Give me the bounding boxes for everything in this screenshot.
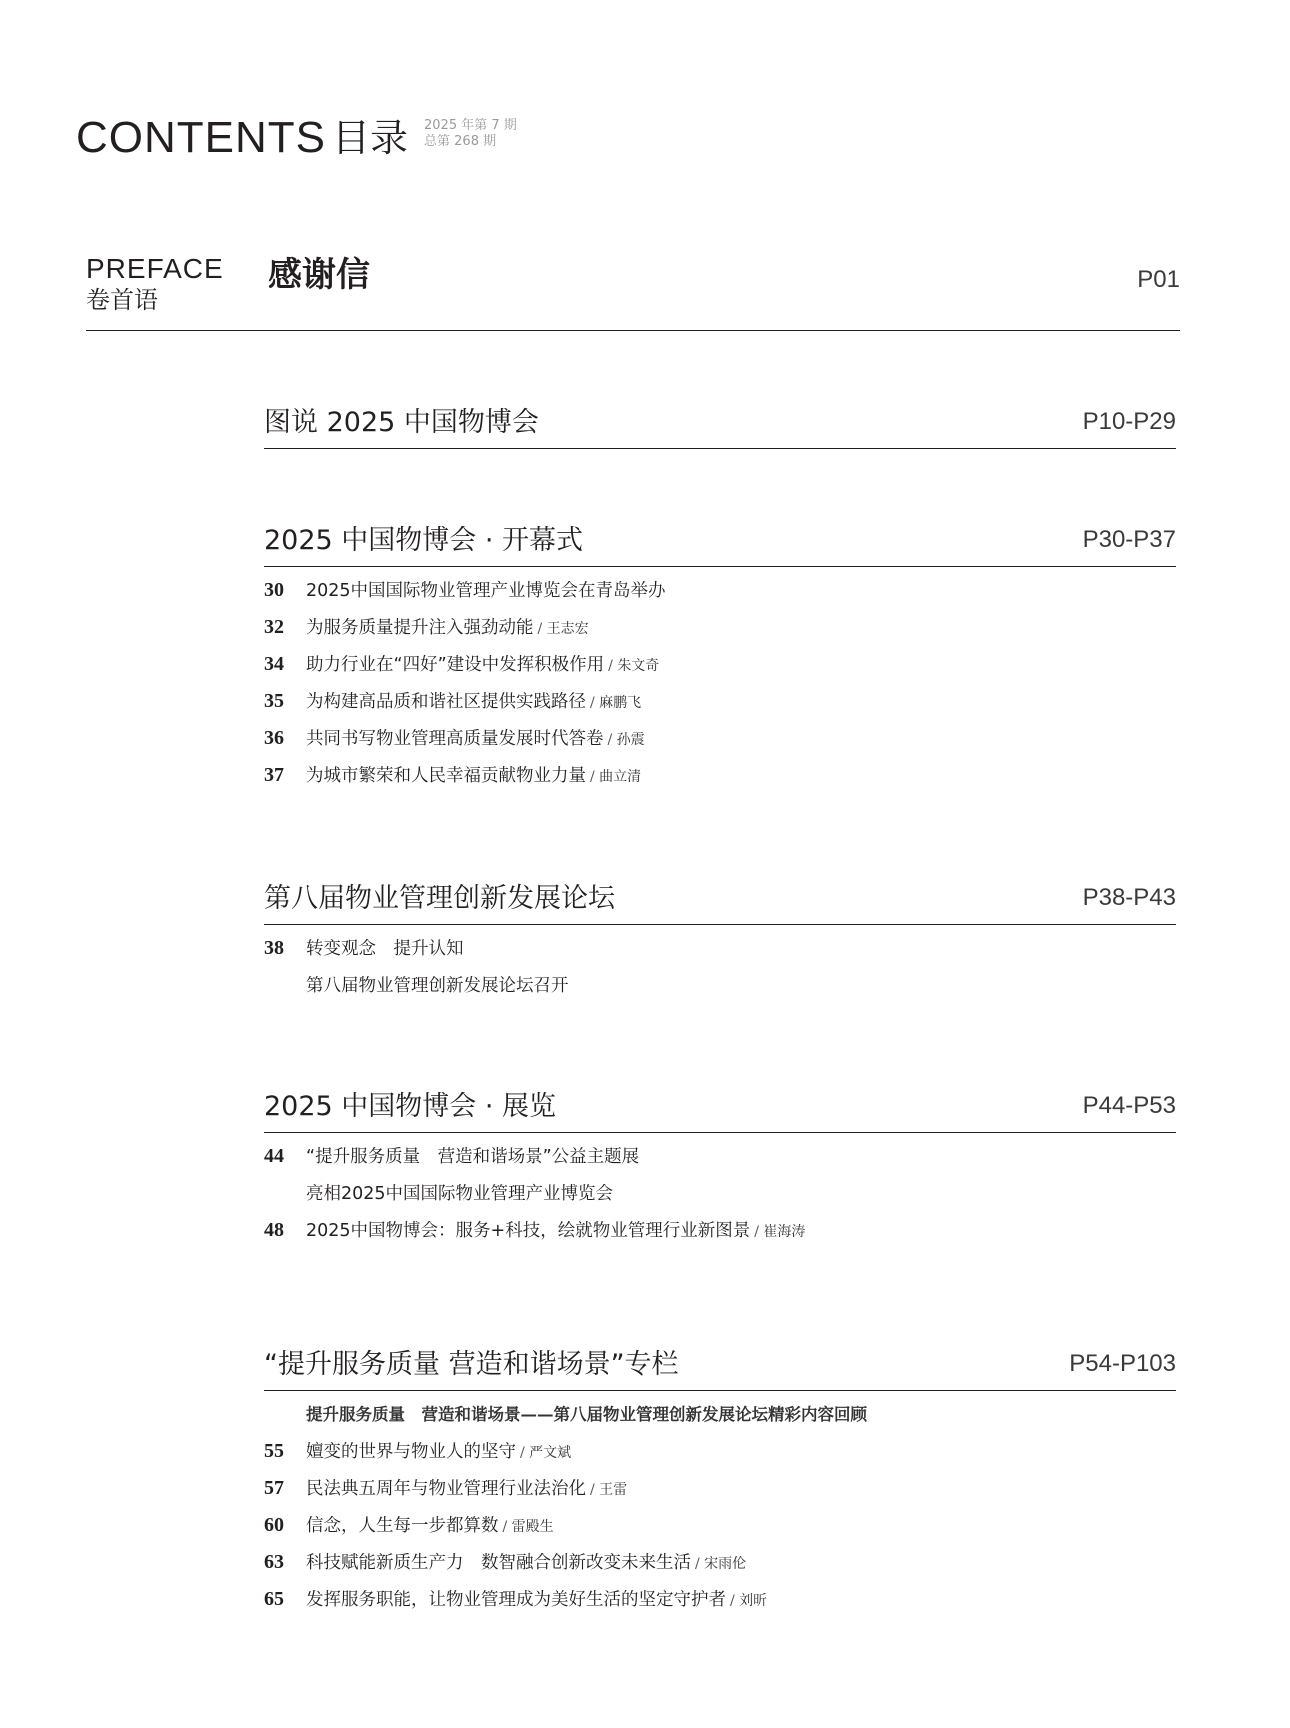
article-page-number: 55 [264, 1440, 306, 1463]
article-author: 刘昕 [730, 1590, 767, 1610]
section-header[interactable]: “提升服务质量 营造和谐场景”专栏 P54-P103 [264, 1342, 1176, 1391]
preface-label-zh: 卷首语 [86, 286, 158, 314]
section-title: 2025 中国物博会 · 开幕式 [264, 524, 583, 558]
section-exhibition: 2025 中国物博会 · 展览 P44-P53 44 “提升服务质量 营造和谐场… [264, 1084, 1176, 1254]
article-item-continuation[interactable]: 第八届物业管理创新发展论坛召开 [264, 972, 1176, 1009]
article-page-number: 36 [264, 727, 306, 750]
article-title: 为构建高品质和谐社区提供实践路径 [306, 688, 586, 713]
article-item[interactable]: 36 共同书写物业管理高质量发展时代答卷 孙震 [264, 725, 1176, 762]
section-title: 第八届物业管理创新发展论坛 [264, 882, 615, 916]
article-page-number: 44 [264, 1145, 306, 1168]
section-pages: P10-P29 [1083, 408, 1176, 436]
article-author: 王雷 [590, 1479, 627, 1499]
article-page-number: 48 [264, 1219, 306, 1242]
article-page-number: 38 [264, 937, 306, 960]
section-title: 图说 2025 中国物博会 [264, 406, 539, 440]
article-title: 信念，人生每一步都算数 [306, 1512, 499, 1537]
section-pages: P38-P43 [1083, 884, 1176, 912]
article-author: 雷殿生 [503, 1516, 554, 1536]
article-title: 2025中国国际物业管理产业博览会在青岛举办 [306, 577, 666, 602]
article-author: 王志宏 [538, 618, 589, 638]
article-item[interactable]: 65 发挥服务职能，让物业管理成为美好生活的坚定守护者 刘昕 [264, 1586, 1176, 1623]
article-page-number: 60 [264, 1514, 306, 1537]
article-subtitle: 第八届物业管理创新发展论坛召开 [306, 972, 569, 997]
article-page-number: 63 [264, 1551, 306, 1574]
section-header[interactable]: 第八届物业管理创新发展论坛 P38-P43 [264, 876, 1176, 925]
article-item[interactable]: 48 2025中国物博会：服务+科技，绘就物业管理行业新图景 崔海涛 [264, 1217, 1176, 1254]
article-author: 严文斌 [520, 1442, 571, 1462]
article-page-number: 32 [264, 616, 306, 639]
article-subtitle: 亮相2025中国国际物业管理产业博览会 [306, 1180, 613, 1205]
article-title: 科技赋能新质生产力 数智融合创新改变未来生活 [306, 1549, 691, 1574]
article-author: 朱文奇 [608, 655, 659, 675]
article-page-number: 30 [264, 579, 306, 602]
article-title: “提升服务质量 营造和谐场景”公益主题展 [306, 1143, 639, 1168]
preface-entry[interactable]: PREFACE 卷首语 感谢信 P01 [86, 252, 1180, 331]
section-header[interactable]: 2025 中国物博会 · 展览 P44-P53 [264, 1084, 1176, 1133]
article-title: 为城市繁荣和人民幸福贡献物业力量 [306, 762, 586, 787]
article-item[interactable]: 30 2025中国国际物业管理产业博览会在青岛举办 [264, 577, 1176, 614]
contents-title-zh: 目录 [332, 112, 408, 164]
issue-info: 2025 年第 7 期 总第 268 期 [424, 118, 517, 150]
section-special-column: “提升服务质量 营造和谐场景”专栏 P54-P103 提升服务质量 营造和谐场景… [264, 1342, 1176, 1623]
article-title: 发挥服务职能，让物业管理成为美好生活的坚定守护者 [306, 1586, 726, 1611]
section-forum: 第八届物业管理创新发展论坛 P38-P43 38 转变观念 提升认知 第八届物业… [264, 876, 1176, 1009]
section-picture-story: 图说 2025 中国物博会 P10-P29 [264, 400, 1176, 449]
section-pages: P44-P53 [1083, 1092, 1176, 1120]
preface-page: P01 [1137, 266, 1180, 294]
section-header[interactable]: 图说 2025 中国物博会 P10-P29 [264, 400, 1176, 449]
section-title: 2025 中国物博会 · 展览 [264, 1090, 556, 1124]
preface-title: 感谢信 [268, 252, 370, 298]
article-item[interactable]: 55 嬗变的世界与物业人的坚守 严文斌 [264, 1438, 1176, 1475]
article-item[interactable]: 38 转变观念 提升认知 [264, 935, 1176, 972]
issue-total: 总第 268 期 [424, 134, 517, 150]
issue-number: 2025 年第 7 期 [424, 118, 517, 134]
contents-title-en: CONTENTS [76, 112, 326, 164]
article-item[interactable]: 63 科技赋能新质生产力 数智融合创新改变未来生活 宋雨伦 [264, 1549, 1176, 1586]
article-item[interactable]: 44 “提升服务质量 营造和谐场景”公益主题展 [264, 1143, 1176, 1180]
article-item[interactable]: 37 为城市繁荣和人民幸福贡献物业力量 曲立清 [264, 762, 1176, 799]
article-author: 孙震 [608, 729, 645, 749]
article-item[interactable]: 57 民法典五周年与物业管理行业法治化 王雷 [264, 1475, 1176, 1512]
article-title: 转变观念 提升认知 [306, 935, 464, 960]
preface-label-en: PREFACE [86, 254, 224, 284]
section-pages: P30-P37 [1083, 526, 1176, 554]
section-pages: P54-P103 [1069, 1350, 1176, 1378]
article-title: 共同书写物业管理高质量发展时代答卷 [306, 725, 604, 750]
column-intro: 提升服务质量 营造和谐场景——第八届物业管理创新发展论坛精彩内容回顾 [264, 1401, 1176, 1438]
article-item-continuation[interactable]: 亮相2025中国国际物业管理产业博览会 [264, 1180, 1176, 1217]
article-title: 民法典五周年与物业管理行业法治化 [306, 1475, 586, 1500]
article-page-number: 57 [264, 1477, 306, 1500]
column-intro-text: 提升服务质量 营造和谐场景——第八届物业管理创新发展论坛精彩内容回顾 [306, 1401, 867, 1425]
article-title: 2025中国物博会：服务+科技，绘就物业管理行业新图景 [306, 1217, 750, 1242]
article-title: 为服务质量提升注入强劲动能 [306, 614, 534, 639]
article-author: 宋雨伦 [695, 1553, 746, 1573]
article-item[interactable]: 35 为构建高品质和谐社区提供实践路径 麻鹏飞 [264, 688, 1176, 725]
article-title: 助力行业在“四好”建设中发挥积极作用 [306, 651, 604, 676]
article-page-number: 65 [264, 1588, 306, 1611]
contents-header: CONTENTS 目录 2025 年第 7 期 总第 268 期 [76, 112, 517, 164]
article-page-number: 34 [264, 653, 306, 676]
article-author: 崔海涛 [754, 1221, 805, 1241]
article-item[interactable]: 60 信念，人生每一步都算数 雷殿生 [264, 1512, 1176, 1549]
section-opening-ceremony: 2025 中国物博会 · 开幕式 P30-P37 30 2025中国国际物业管理… [264, 518, 1176, 799]
article-author: 麻鹏飞 [590, 692, 641, 712]
article-item[interactable]: 34 助力行业在“四好”建设中发挥积极作用 朱文奇 [264, 651, 1176, 688]
article-title: 嬗变的世界与物业人的坚守 [306, 1438, 516, 1463]
section-title: “提升服务质量 营造和谐场景”专栏 [264, 1348, 679, 1382]
article-item[interactable]: 32 为服务质量提升注入强劲动能 王志宏 [264, 614, 1176, 651]
article-page-number: 37 [264, 764, 306, 787]
article-page-number: 35 [264, 690, 306, 713]
article-author: 曲立清 [590, 766, 641, 786]
section-header[interactable]: 2025 中国物博会 · 开幕式 P30-P37 [264, 518, 1176, 567]
